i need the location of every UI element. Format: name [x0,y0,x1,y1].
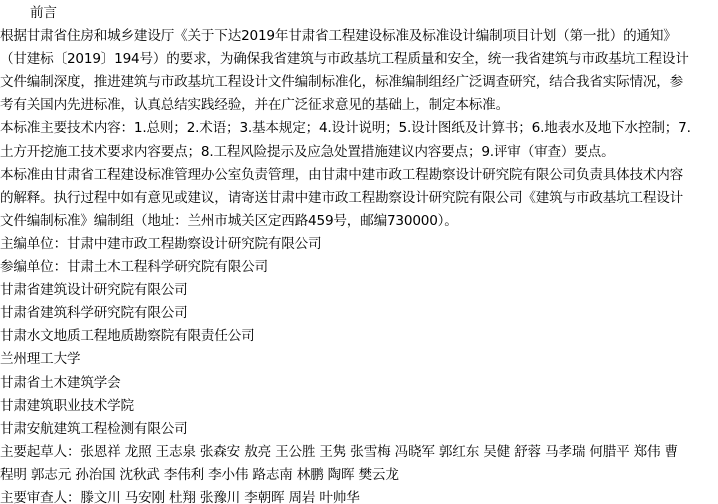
participating-unit: 甘肃省建筑科学研究院有限公司 [0,302,718,325]
drafters: 主要起草人：张恩祥 龙照 王志泉 张森安 敖亮 王公胜 王隽 张雪梅 冯晓军 郭… [0,441,718,487]
document-body: 前言 根据甘肃省住房和城乡建设厅《关于下达2019年甘肃省工程建设标准及标准设计… [0,2,718,504]
participating-unit-name: 甘肃土木工程科学研究院有限公司 [67,259,268,275]
participating-unit: 甘肃建筑职业技术学院 [0,395,718,418]
basis-paragraph: 根据甘肃省住房和城乡建设厅《关于下达2019年甘肃省工程建设标准及标准设计编制项… [0,25,718,117]
paragraph-line: 本标准主要技术内容：1.总则；2.术语；3.基本规定；4.设计说明；5.设计图纸… [0,117,718,140]
reviewers: 主要审查人：滕文川 马安刚 杜翔 张豫川 李朝晖 周岩 叶帅华 [0,487,718,504]
paragraph-line: 文件编制深度，推进建筑与市政基坑工程设计文件编制标准化，标准编制组经广泛调查研究… [0,71,718,94]
reviewers-label: 主要审查人： [0,490,80,504]
participating-units: 参编单位：甘肃土木工程科学研究院有限公司 甘肃省建筑设计研究院有限公司 甘肃省建… [0,256,718,441]
paragraph-line: 本标准由甘肃省工程建设标准管理办公室负责管理，由甘肃中建市政工程勘察设计研究院有… [0,164,718,187]
management-paragraph: 本标准由甘肃省工程建设标准管理办公室负责管理，由甘肃中建市政工程勘察设计研究院有… [0,164,718,233]
chief-unit-label: 主编单位： [0,236,67,252]
drafters-names: 张恩祥 龙照 王志泉 张森安 敖亮 王公胜 王隽 张雪梅 冯晓军 郭红东 吴健 … [80,444,678,460]
paragraph-line: 土方开挖施工技术要求内容要点；8.工程风险提示及应急处置措施建议内容要点；9.评… [0,141,718,164]
participating-unit: 甘肃省建筑设计研究院有限公司 [0,279,718,302]
chief-unit: 主编单位：甘肃中建市政工程勘察设计研究院有限公司 [0,233,718,256]
paragraph-line: 的解释。执行过程中如有意见或建议，请寄送甘肃中建市政工程勘察设计研究院有限公司《… [0,187,718,210]
participating-unit: 甘肃省土木建筑学会 [0,372,718,395]
participating-unit: 甘肃水文地质工程地质勘察院有限责任公司 [0,325,718,348]
participating-unit: 参编单位：甘肃土木工程科学研究院有限公司 [0,256,718,279]
paragraph-line: （甘建标〔2019〕194号）的要求，为确保我省建筑与市政基坑工程质量和安全，统… [0,48,718,71]
reviewers-names: 滕文川 马安刚 杜翔 张豫川 李朝晖 周岩 叶帅华 [80,490,359,504]
drafters-label: 主要起草人： [0,444,80,460]
participating-unit: 兰州理工大学 [0,348,718,371]
chief-unit-value: 甘肃中建市政工程勘察设计研究院有限公司 [67,236,321,252]
drafters-line: 程明 郭志元 孙治国 沈秋武 李伟利 李小伟 路志南 林鹏 陶晖 樊云龙 [0,464,718,487]
participating-units-label: 参编单位： [0,259,67,275]
drafters-line: 主要起草人：张恩祥 龙照 王志泉 张森安 敖亮 王公胜 王隽 张雪梅 冯晓军 郭… [0,441,718,464]
main-content-paragraph: 本标准主要技术内容：1.总则；2.术语；3.基本规定；4.设计说明；5.设计图纸… [0,117,718,163]
participating-unit: 甘肃安航建筑工程检测有限公司 [0,418,718,441]
paragraph-line: 文件编制标准》编制组（地址：兰州市城关区定西路459号，邮编730000）。 [0,210,718,233]
paragraph-line: 根据甘肃省住房和城乡建设厅《关于下达2019年甘肃省工程建设标准及标准设计编制项… [0,25,718,48]
paragraph-line: 考有关国内先进标准，认真总结实践经验，并在广泛征求意见的基础上，制定本标准。 [0,94,718,117]
section-heading-preface: 前言 [0,2,718,25]
